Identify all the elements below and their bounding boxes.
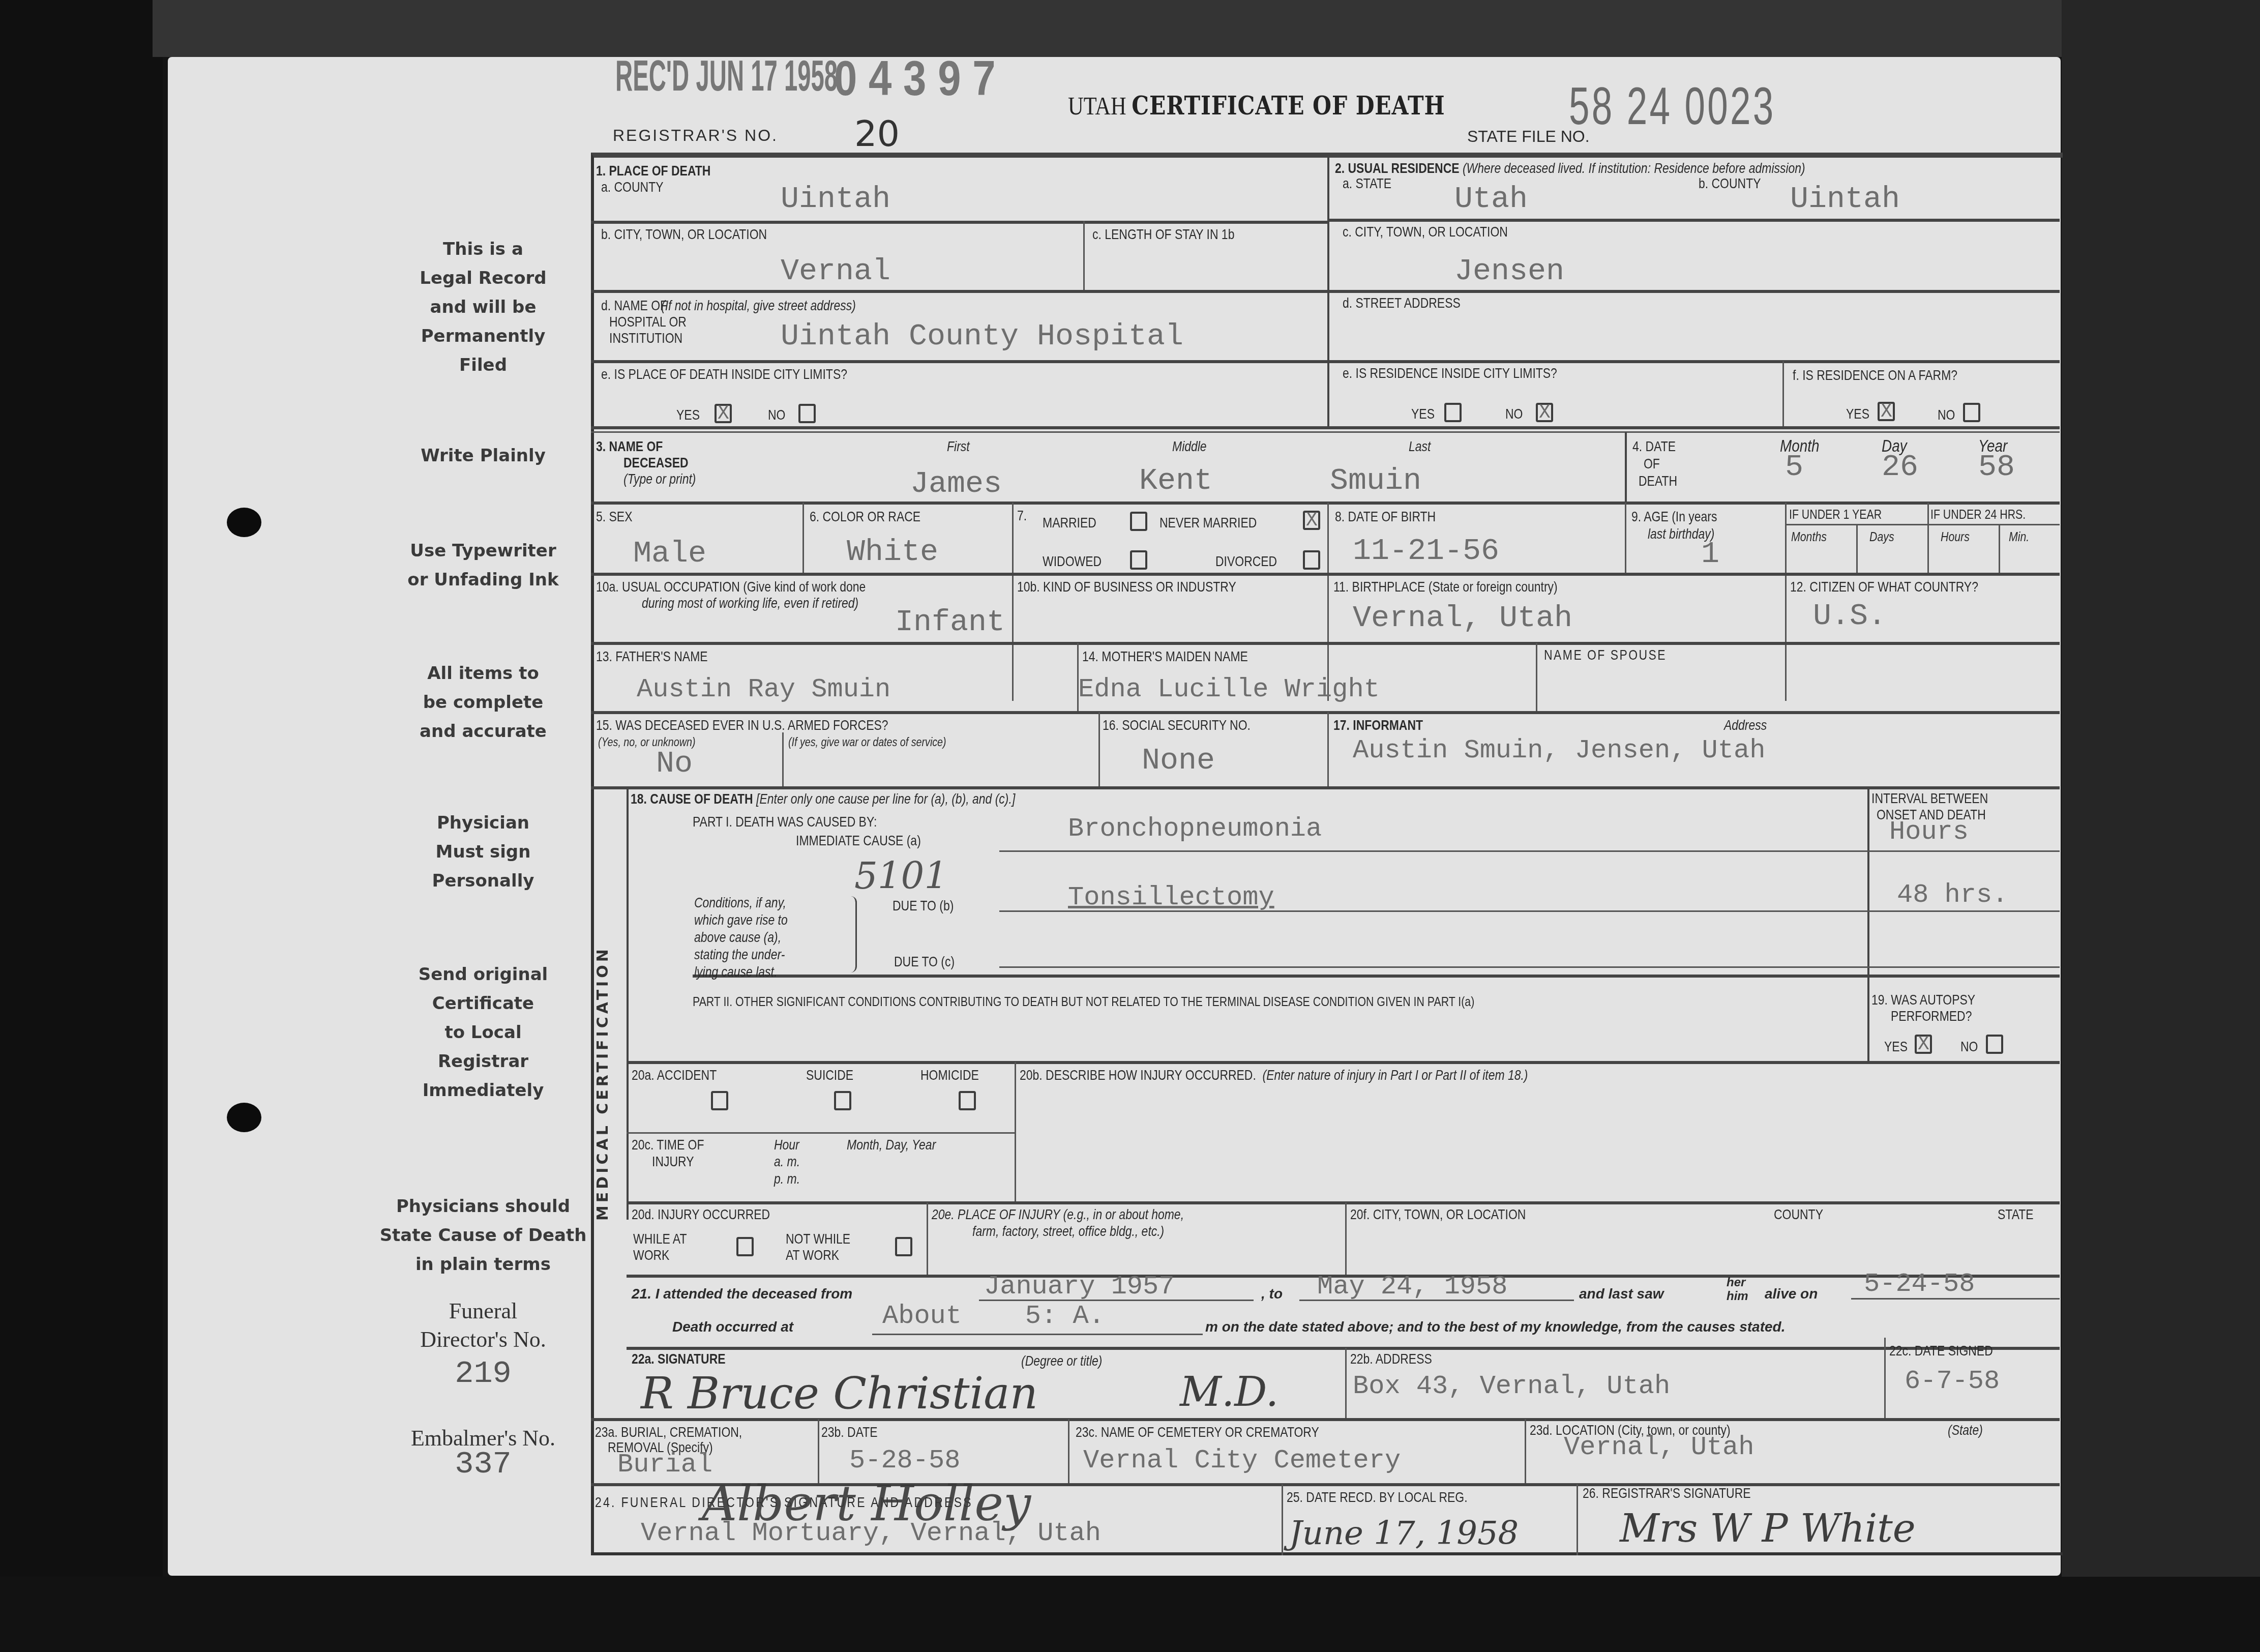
death-county-value: Uintah xyxy=(781,182,890,217)
immediate-cause-label: IMMEDIATE CAUSE (a) xyxy=(796,833,921,849)
cause-of-death-label: 18. CAUSE OF DEATH [Enter only one cause… xyxy=(631,791,1015,807)
spouse-label: NAME OF SPOUSE xyxy=(1544,647,1667,663)
part2-label: PART II. OTHER SIGNIFICANT CONDITIONS CO… xyxy=(693,994,1474,1010)
divider xyxy=(591,290,2060,293)
divider xyxy=(1625,432,1627,504)
divider xyxy=(1525,1419,1526,1484)
informant-label: 17. INFORMANT xyxy=(1333,717,1423,733)
registrars-no-label: REGISTRAR'S NO. xyxy=(613,126,778,145)
divider xyxy=(818,1419,819,1484)
am-label: a. m. xyxy=(774,1154,800,1170)
divider xyxy=(591,221,1327,224)
burial-location-value: Vernal, Utah xyxy=(1564,1432,1754,1462)
residence-inside-city-label: e. IS RESIDENCE INSIDE CITY LIMITS? xyxy=(1343,365,1557,381)
widowed-label: WIDOWED xyxy=(1043,553,1102,570)
physician-signature: R Bruce Christian xyxy=(641,1368,1038,1419)
autopsy-yes-checkbox[interactable] xyxy=(1915,1035,1932,1054)
not-while-at-work-label: AT WORK xyxy=(786,1247,839,1263)
state-file-number: 58 24 0023 xyxy=(1569,76,1775,137)
him-label: him xyxy=(1727,1289,1748,1304)
while-at-work-label: WORK xyxy=(633,1247,669,1263)
cemetery-label: 23c. NAME OF CEMETERY OR CREMATORY xyxy=(1076,1424,1319,1440)
divider xyxy=(627,1347,2060,1350)
divider xyxy=(591,431,2060,433)
middle-name-value: Kent xyxy=(1139,464,1212,498)
sidebar-note-plain-terms: Physicians shouldState Cause of Deathin … xyxy=(351,1192,615,1279)
while-at-work-label: WHILE AT xyxy=(633,1231,687,1247)
funeral-director-signature: Albert Holley xyxy=(702,1475,1031,1532)
divider xyxy=(1927,503,1929,574)
under-1-year-label: IF UNDER 1 YEAR xyxy=(1789,507,1882,522)
death-day-value: 26 xyxy=(1882,450,1918,485)
burial-state-label: (State) xyxy=(1948,1422,1983,1438)
state-label: a. STATE xyxy=(1343,175,1391,192)
embalmer-no-value: 337 xyxy=(351,1450,615,1479)
occupation-value: Infant xyxy=(895,605,1005,640)
divider xyxy=(591,573,2060,576)
physician-address-value: Box 43, Vernal, Utah xyxy=(1353,1371,1670,1401)
punch-hole xyxy=(227,1103,261,1132)
divider xyxy=(1282,1484,1283,1555)
divider xyxy=(1345,1348,1347,1419)
cemetery-value: Vernal City Cemetery xyxy=(1083,1445,1401,1476)
homicide-checkbox[interactable] xyxy=(959,1091,976,1110)
age-value: 1 xyxy=(1701,537,1719,572)
date-of-birth-label: 8. DATE OF BIRTH xyxy=(1335,509,1436,525)
divider xyxy=(1327,712,1329,787)
marital-status-label: 7. xyxy=(1017,508,1027,524)
death-year-value: 58 xyxy=(1978,450,2015,485)
registrar-signature-label: 26. REGISTRAR'S SIGNATURE xyxy=(1583,1485,1751,1501)
divider xyxy=(802,503,804,574)
divider xyxy=(1098,712,1100,787)
date-of-birth-value: 11-21-56 xyxy=(1353,534,1499,569)
divider xyxy=(1782,361,1784,427)
attestation-statement: m on the date stated above; and to the b… xyxy=(1205,1319,1785,1335)
hours-label: Hours xyxy=(1941,529,1970,545)
never-married-checkbox[interactable] xyxy=(1303,511,1320,530)
middle-name-label: Middle xyxy=(1172,438,1207,455)
divider xyxy=(782,732,784,787)
suicide-label: SUICIDE xyxy=(806,1067,853,1083)
divider xyxy=(627,1132,1015,1134)
medical-certification-label: MEDICAL CERTIFICATION xyxy=(594,946,612,1221)
registrars-no-value: 20 xyxy=(854,113,900,155)
father-value: Austin Ray Smuin xyxy=(637,674,890,704)
degree-label: (Degree or title) xyxy=(1021,1353,1103,1369)
divider xyxy=(591,642,2060,645)
length-of-stay-label: c. LENGTH OF STAY IN 1b xyxy=(1092,226,1234,243)
injury-city-label: 20f. CITY, TOWN, OR LOCATION xyxy=(1350,1206,1526,1223)
divider xyxy=(591,501,2060,505)
mother-value: Edna Lucille Wright xyxy=(1078,674,1380,704)
citizen-value: U.S. xyxy=(1813,599,1886,634)
to-label: , to xyxy=(1261,1286,1283,1302)
sex-value: Male xyxy=(633,537,706,571)
stamp-number: 0 4 3 9 7 xyxy=(834,51,996,107)
name-of-deceased-label: DECEASED xyxy=(623,455,689,471)
last-name-value: Smuin xyxy=(1330,464,1421,498)
divider xyxy=(1785,524,2060,525)
immediate-cause-value: Bronchopneumonia xyxy=(1068,814,1322,844)
attended-to-value: May 24, 1958 xyxy=(1317,1272,1507,1302)
business-label: 10b. KIND OF BUSINESS OR INDUSTRY xyxy=(1017,579,1236,595)
divider xyxy=(1015,1062,1016,1202)
burial-value: Burial xyxy=(617,1450,712,1480)
autopsy-label: PERFORMED? xyxy=(1891,1008,1972,1024)
place-of-death-label: 1. PLACE OF DEATH xyxy=(596,163,710,179)
not-while-at-work-checkbox[interactable] xyxy=(895,1237,912,1256)
time-of-injury-label: 20c. TIME OF xyxy=(632,1137,704,1153)
death-city-value: Vernal xyxy=(781,254,890,289)
no-label: NO xyxy=(1960,1039,1978,1055)
never-married-label: NEVER MARRIED xyxy=(1159,515,1257,531)
residence-state-value: Utah xyxy=(1454,182,1528,217)
homicide-label: HOMICIDE xyxy=(920,1067,979,1083)
city-label: b. CITY, TOWN, OR LOCATION xyxy=(601,226,767,243)
divider xyxy=(1625,503,1626,574)
certificate-title: UTAH CERTIFICATE OF DEATH xyxy=(1068,91,1445,121)
divider xyxy=(1536,643,1537,712)
first-name-label: First xyxy=(947,438,970,455)
farm-label: f. IS RESIDENCE ON A FARM? xyxy=(1793,367,1957,383)
attended-label: 21. I attended the deceased from xyxy=(632,1286,852,1302)
divorced-label: DIVORCED xyxy=(1215,553,1277,570)
attended-from-value: January 1957 xyxy=(984,1272,1174,1302)
divider xyxy=(627,787,629,1220)
while-at-work-checkbox[interactable] xyxy=(736,1237,754,1256)
sidebar-note-physician-sign: PhysicianMust signPersonally xyxy=(351,809,615,896)
residence-county-value: Uintah xyxy=(1790,182,1900,217)
yes-label: YES xyxy=(1411,406,1435,422)
pm-label: p. m. xyxy=(774,1171,800,1187)
death-inside-city-label: e. IS PLACE OF DEATH INSIDE CITY LIMITS? xyxy=(601,366,847,382)
her-label: her xyxy=(1727,1276,1745,1290)
divider xyxy=(1867,787,1869,1062)
informant-address-label: Address xyxy=(1724,717,1767,733)
describe-injury-label: 20b. DESCRIBE HOW INJURY OCCURRED. (Ente… xyxy=(1020,1067,1528,1083)
divider xyxy=(1327,503,1329,701)
death-inside-city-no-checkbox[interactable] xyxy=(798,404,816,423)
hour-label: Hour xyxy=(774,1137,799,1153)
divider xyxy=(1999,524,2000,574)
alive-on-value: 5-24-58 xyxy=(1864,1269,1975,1299)
date-signed-label: 22c. DATE SIGNED xyxy=(1889,1343,1993,1359)
married-checkbox[interactable] xyxy=(1130,512,1147,531)
autopsy-label: 19. WAS AUTOPSY xyxy=(1871,992,1975,1008)
armed-forces-value: No xyxy=(656,747,693,781)
sidebar-note-legal-record: This is aLegal Recordand will bePermanen… xyxy=(351,235,615,380)
burial-date-label: 23b. DATE xyxy=(821,1424,878,1440)
registrar-signature: Mrs W P White xyxy=(1620,1506,1916,1551)
date-received-label: 25. DATE RECD. BY LOCAL REG. xyxy=(1287,1489,1468,1506)
hospital-hint: (If not in hospital, give street address… xyxy=(661,298,856,314)
divider xyxy=(1327,219,2060,222)
date-of-death-label: DEATH xyxy=(1639,473,1677,489)
accident-label: 20a. ACCIDENT xyxy=(632,1067,717,1083)
alive-on-label: alive on xyxy=(1765,1286,1818,1302)
married-label: MARRIED xyxy=(1043,515,1096,531)
no-label: NO xyxy=(768,407,785,423)
no-label: NO xyxy=(1505,406,1523,422)
sidebar-note-complete: All items tobe completeand accurate xyxy=(351,659,615,746)
divider xyxy=(591,711,2060,714)
divider xyxy=(627,1061,2060,1064)
divider xyxy=(1884,1338,1886,1419)
occupation-label: 10a. USUAL OCCUPATION (Give kind of work… xyxy=(596,579,866,595)
date-of-death-label: 4. DATE xyxy=(1632,438,1676,455)
sidebar-note-typewriter: Use Typewriteror Unfading Ink xyxy=(351,537,615,595)
yes-label: YES xyxy=(1846,406,1869,422)
mother-label: 14. MOTHER'S MAIDEN NAME xyxy=(1082,648,1248,665)
ssn-label: 16. SOCIAL SECURITY NO. xyxy=(1103,717,1251,733)
injury-occurred-label: 20d. INJURY OCCURRED xyxy=(632,1206,770,1223)
sidebar-note-send-original: Send originalCertificateto LocalRegistra… xyxy=(351,960,615,1105)
interval-label: INTERVAL BETWEEN xyxy=(1871,790,1988,807)
accident-checkbox[interactable] xyxy=(711,1091,728,1110)
injury-state-label: STATE xyxy=(1998,1206,2034,1223)
physician-degree: M.D. xyxy=(1180,1368,1278,1415)
month-day-year-label: Month, Day, Year xyxy=(847,1137,936,1153)
divider xyxy=(591,360,2060,363)
date-signed-value: 6-7-58 xyxy=(1905,1366,2000,1396)
divider xyxy=(591,786,2060,789)
residence-inside-city-no-checkbox[interactable] xyxy=(1536,403,1553,422)
hospital-label: d. NAME OF xyxy=(601,298,667,314)
scan-background-bottom xyxy=(0,1577,2260,1652)
scan-background-top xyxy=(153,0,2260,57)
received-stamp: REC'D JUN 17 1958 xyxy=(615,51,838,101)
divider xyxy=(1345,1202,1347,1276)
date-received-value: June 17, 1958 xyxy=(1289,1515,1519,1552)
funeral-director-no-label: FuneralDirector's No. xyxy=(351,1297,615,1354)
hospital-value: Uintah County Hospital xyxy=(781,319,1183,354)
last-name-label: Last xyxy=(1409,438,1431,455)
min-label: Min. xyxy=(2009,529,2029,545)
county-label: a. COUNTY xyxy=(601,179,663,195)
occupation-label: during most of working life, even if ret… xyxy=(642,595,858,611)
divider xyxy=(693,975,2060,978)
date-of-death-label: OF xyxy=(1644,456,1660,472)
death-month-value: 5 xyxy=(1785,450,1803,485)
yes-label: YES xyxy=(1884,1039,1908,1055)
yes-label: YES xyxy=(676,407,700,423)
death-time-value: About 5: A. xyxy=(882,1301,1105,1331)
punch-hole xyxy=(227,508,261,537)
death-occurred-at-label: Death occurred at xyxy=(672,1319,793,1335)
under-24-hrs-label: IF UNDER 24 HRS. xyxy=(1930,507,2026,522)
age-label: 9. AGE (In years xyxy=(1631,509,1717,525)
cause-line-c xyxy=(999,966,2060,968)
place-of-injury-label: farm, factory, street, office bldg., etc… xyxy=(972,1223,1164,1240)
divider xyxy=(1856,524,1858,574)
cause-code-note: 5101 xyxy=(854,854,947,897)
armed-forces-hint: (If yes, give war or dates of service) xyxy=(788,735,946,750)
birthplace-label: 11. BIRTHPLACE (State or foreign country… xyxy=(1333,579,1558,595)
first-name-value: James xyxy=(910,467,1002,501)
months-label: Months xyxy=(1791,529,1827,545)
father-label: 13. FATHER'S NAME xyxy=(596,648,708,665)
divorced-checkbox[interactable] xyxy=(1303,550,1320,570)
autopsy-no-checkbox[interactable] xyxy=(1986,1035,2003,1054)
part1-label: PART I. DEATH WAS CAUSED BY: xyxy=(693,814,877,830)
due-to-b-label: DUE TO (b) xyxy=(893,898,954,914)
not-while-at-work-label: NOT WHILE xyxy=(786,1231,850,1247)
residence-city-label: c. CITY, TOWN, OR LOCATION xyxy=(1343,224,1508,240)
armed-forces-label: 15. WAS DECEASED EVER IN U.S. ARMED FORC… xyxy=(596,717,888,733)
due-to-c-label: DUE TO (c) xyxy=(894,954,955,970)
divider xyxy=(1577,1484,1578,1555)
hospital-label: HOSPITAL OR xyxy=(609,314,687,330)
occurred-at-line xyxy=(872,1334,1203,1335)
residence-inside-city-yes-checkbox[interactable] xyxy=(1444,403,1462,422)
due-to-b-value: Tonsillectomy xyxy=(1068,882,1274,912)
ssn-value: None xyxy=(1142,744,1215,778)
interval-a-value: Hours xyxy=(1889,817,1969,847)
death-inside-city-yes-checkbox[interactable] xyxy=(715,404,732,423)
funeral-director-no-value: 219 xyxy=(351,1359,615,1388)
birthplace-value: Vernal, Utah xyxy=(1353,601,1572,636)
farm-no-checkbox[interactable] xyxy=(1963,403,1980,422)
state-file-no-label: STATE FILE NO. xyxy=(1467,127,1590,146)
scan-background-left xyxy=(0,0,163,1652)
usual-residence-label: 2. USUAL RESIDENCE (Where deceased lived… xyxy=(1335,160,1805,176)
physician-address-label: 22b. ADDRESS xyxy=(1350,1351,1432,1367)
interval-b-value: 48 hrs. xyxy=(1897,880,2008,910)
conditions-brace xyxy=(848,896,857,972)
hospital-label: INSTITUTION xyxy=(609,330,682,346)
divider xyxy=(1083,221,1085,290)
residence-county-label: b. COUNTY xyxy=(1699,175,1761,192)
divider xyxy=(1068,1419,1069,1484)
divider xyxy=(1012,503,1014,701)
divider xyxy=(927,1202,928,1276)
cause-line-a xyxy=(999,850,2060,852)
place-of-injury-label: 20e. PLACE OF INJURY (e.g., in or about … xyxy=(932,1206,1184,1223)
sex-label: 5. SEX xyxy=(596,509,632,525)
farm-yes-checkbox[interactable] xyxy=(1878,402,1895,421)
scan-background-right xyxy=(2062,0,2260,1577)
last-saw-label: and last saw xyxy=(1579,1286,1664,1302)
conditions-hint: Conditions, if any,which gave rise toabo… xyxy=(694,894,788,981)
divider xyxy=(591,426,2060,429)
time-of-injury-label: INJURY xyxy=(652,1154,694,1170)
race-label: 6. COLOR OR RACE xyxy=(810,509,920,525)
burial-label: 23a. BURIAL, CREMATION, xyxy=(595,1424,742,1440)
name-of-deceased-hint: (Type or print) xyxy=(623,471,696,487)
burial-date-value: 5-28-58 xyxy=(849,1445,960,1476)
signature-label: 22a. SIGNATURE xyxy=(632,1351,726,1367)
divider xyxy=(627,1201,2060,1204)
divider xyxy=(1785,503,1787,701)
informant-value: Austin Smuin, Jensen, Utah xyxy=(1353,735,1765,765)
widowed-checkbox[interactable] xyxy=(1130,550,1147,570)
no-label: NO xyxy=(1938,407,1955,423)
sidebar-note-write-plainly: Write Plainly xyxy=(351,441,615,470)
residence-city-value: Jensen xyxy=(1454,254,1564,289)
suicide-checkbox[interactable] xyxy=(834,1091,851,1110)
injury-county-label: COUNTY xyxy=(1774,1206,1823,1223)
days-label: Days xyxy=(1869,529,1894,545)
citizen-label: 12. CITIZEN OF WHAT COUNTRY? xyxy=(1790,579,1978,595)
name-of-deceased-label: 3. NAME OF xyxy=(596,438,663,455)
race-value: White xyxy=(847,535,938,570)
street-address-label: d. STREET ADDRESS xyxy=(1343,295,1461,311)
